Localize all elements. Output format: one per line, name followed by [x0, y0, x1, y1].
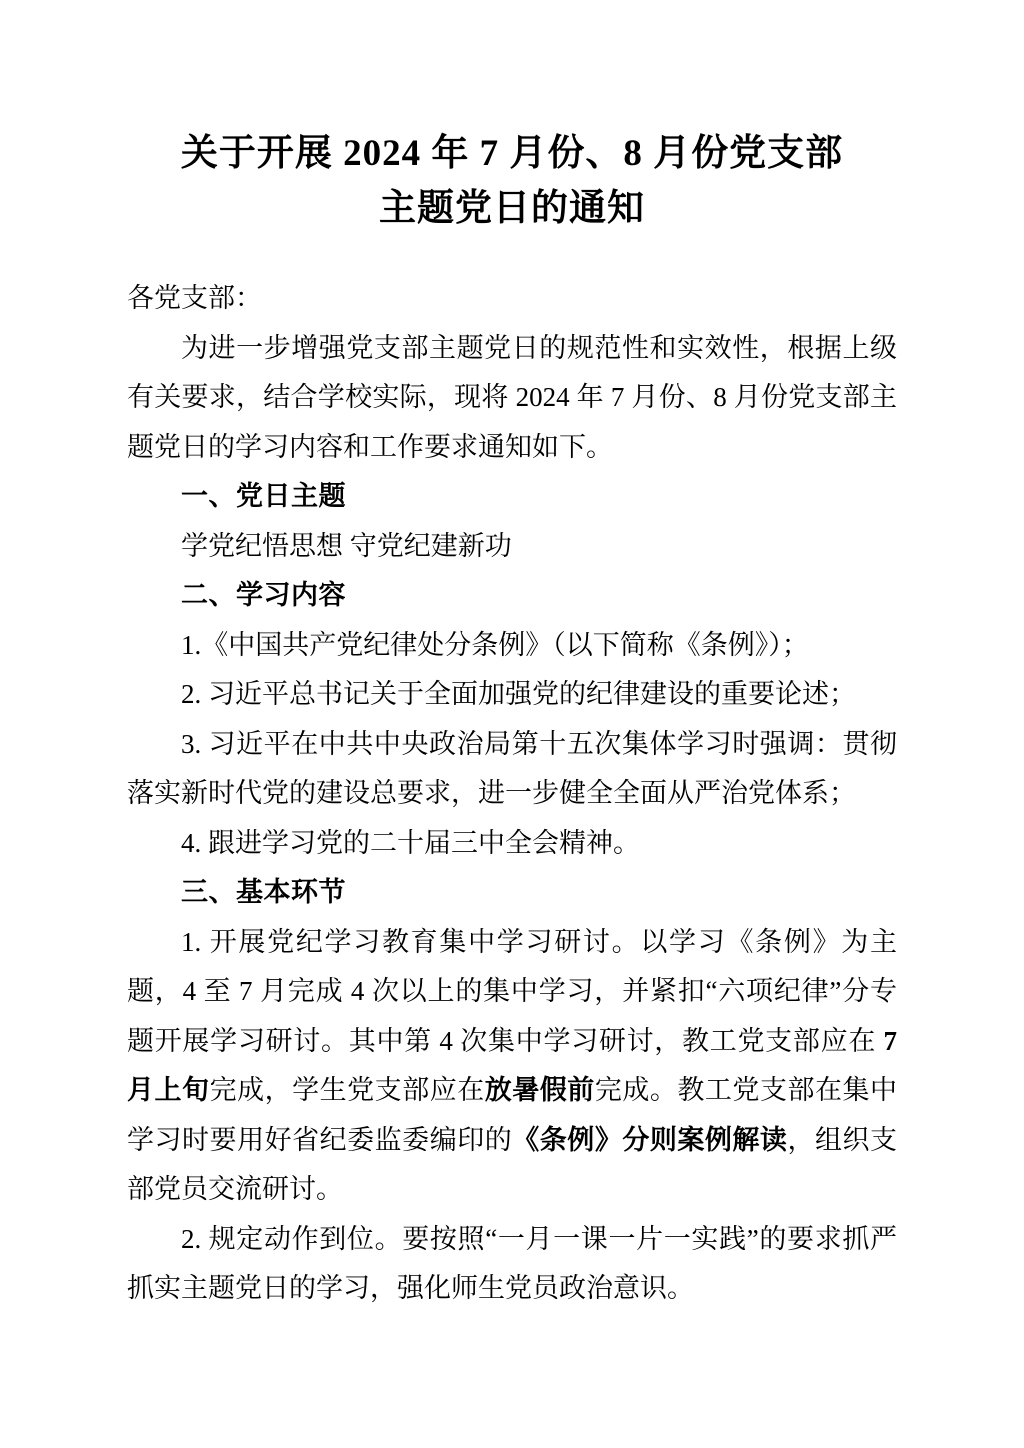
title-line-2: 主题党日的通知 [127, 181, 897, 236]
text-run: 完成，学生党支部应在 [210, 1075, 485, 1105]
title-line-1: 关于开展 2024 年 7 月份、8 月份党支部 [127, 126, 897, 181]
study-content-item-2: 2. 习近平总书记关于全面加强党的纪律建设的重要论述； [127, 670, 897, 720]
party-day-theme: 学党纪悟思想 守党纪建新功 [127, 522, 897, 572]
document-title: 关于开展 2024 年 7 月份、8 月份党支部主题党日的通知 [127, 0, 897, 236]
section2-heading: 二、学习内容 [127, 571, 897, 621]
intro-paragraph: 为进一步增强党支部主题党日的规范性和实效性，根据上级有关要求，结合学校实际，现将… [127, 324, 897, 473]
text-run-bold: 放暑假前 [485, 1075, 595, 1105]
salutation: 各党支部： [127, 274, 897, 324]
basic-step-item-1: 1. 开展党纪学习教育集中学习研讨。以学习《条例》为主题，4 至 7 月完成 4… [127, 918, 897, 1215]
document-page: 关于开展 2024 年 7 月份、8 月份党支部主题党日的通知 各党支部： 为进… [0, 0, 1024, 1448]
text-run-bold: 《条例》分则案例解读 [512, 1125, 787, 1155]
text-run: 1. 开展党纪学习教育集中学习研讨。以学习《条例》为主题，4 至 7 月完成 4… [127, 927, 897, 1056]
section3-heading: 三、基本环节 [127, 868, 897, 918]
document-body: 各党支部： 为进一步增强党支部主题党日的规范性和实效性，根据上级有关要求，结合学… [127, 274, 897, 1314]
study-content-item-3: 3. 习近平在中共中央政治局第十五次集体学习时强调：贯彻落实新时代党的建设总要求… [127, 720, 897, 819]
study-content-item-4: 4. 跟进学习党的二十届三中全会精神。 [127, 819, 897, 869]
basic-step-item-2: 2. 规定动作到位。要按照“一月一课一片一实践”的要求抓严抓实主题党日的学习，强… [127, 1215, 897, 1314]
study-content-item-1: 1.《中国共产党纪律处分条例》（以下简称《条例》）； [127, 621, 897, 671]
section1-heading: 一、党日主题 [127, 472, 897, 522]
